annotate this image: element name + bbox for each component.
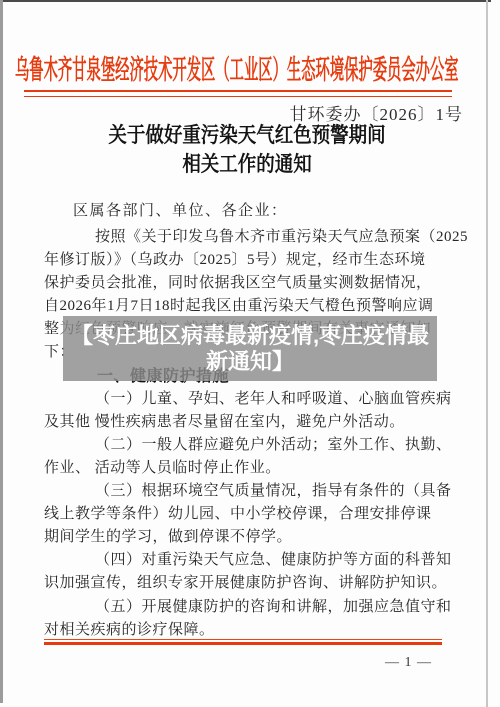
footer-double-rule	[44, 639, 442, 645]
photo-edge-right	[486, 0, 488, 707]
watermark-text-line1: 【枣庄地区病毒最新疫情,枣庄疫情最	[71, 323, 429, 349]
document-line: 按照《关于印发乌鲁木齐市重污染天气应急预案（2025	[44, 226, 444, 249]
document-line: （三）根据环境空气质量情况，指导有条件的（具备	[44, 480, 444, 503]
document-title: 关于做好重污染天气红色预警期间 相关工作的通知	[0, 121, 494, 179]
document-line: 及其他 慢性疾病患者尽量留在室内，避免户外活动。	[44, 411, 444, 434]
document-line: （一）儿童、孕妇、老年人和呼吸道、心脑血管疾病	[44, 388, 444, 411]
document-line: 识加强宣传，组织专家开展健康防护咨询、讲解防护知识。	[44, 572, 444, 595]
document-line: 保护委员会批准，同时依据我区空气质量实测数据情况，	[44, 272, 444, 295]
document-title-line1: 关于做好重污染天气红色预警期间	[30, 121, 465, 150]
document-line: 线上教学等条件）幼儿园、中小学校停课，合理安排停课	[44, 503, 444, 526]
letterhead-office-name: 乌鲁木齐甘泉堡经济技术开发区（工业区）生态环境保护委员会办公室	[15, 48, 459, 87]
document-line: （四）对重污染天气应急、健康防护等方面的科普知	[44, 549, 444, 572]
letterhead-double-rule	[24, 90, 452, 97]
document-body: 按照《关于印发乌鲁木齐市重污染天气应急预案（2025年修订版）》（乌政办〔202…	[44, 226, 444, 642]
photo-edge-top	[0, 0, 491, 2]
document-title-line2: 相关工作的通知	[30, 150, 465, 179]
document-line: 自2026年1月7日18时起我区由重污染天气橙色预警响应调	[44, 295, 444, 318]
watermark-overlay: 【枣庄地区病毒最新疫情,枣庄疫情最 新通知】	[63, 316, 437, 381]
photo-edge-left	[0, 0, 3, 703]
document-line: （五）开展健康防护的咨询和讲解，加强应急值守和	[44, 596, 444, 619]
document-line: 期间学生的学习，做到停课不停学。	[44, 526, 444, 549]
document-line: 作业、 活动等人员临时停止作业。	[44, 457, 444, 480]
page-number: — 1 —	[385, 655, 432, 671]
watermark-text-line2: 新通知】	[206, 349, 294, 375]
salutation-line: 区属各部门、单位、各企业：	[73, 199, 288, 220]
document-line: （二）一般人群应避免户外活动；室外工作、执勤、	[44, 434, 444, 457]
document-line: 年修订版）》（乌政办〔2025〕5号）规定，经市生态环境	[44, 249, 444, 272]
scanned-document-page: 乌鲁木齐甘泉堡经济技术开发区（工业区）生态环境保护委员会办公室 甘环委办〔202…	[0, 0, 500, 707]
